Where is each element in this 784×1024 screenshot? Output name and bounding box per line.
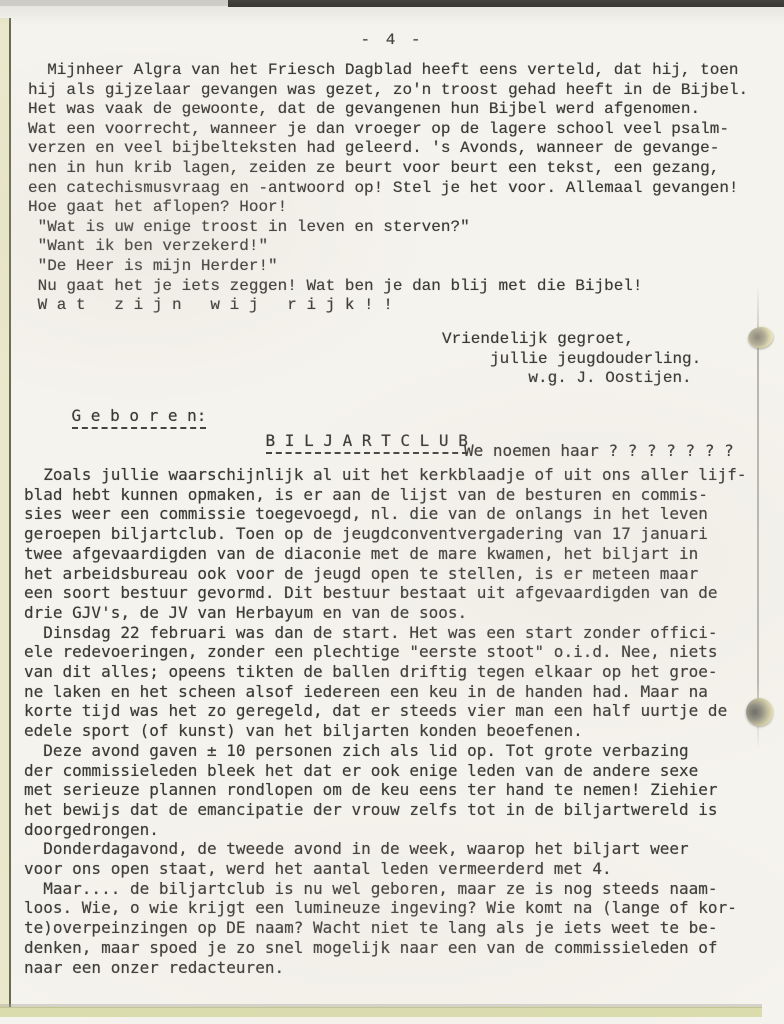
text-line: voor ons open staat, werd het aantal led… [24, 859, 746, 879]
biljartclub-heading: B I L J A R T C L U B [227, 412, 468, 469]
page-edge-shadow-line [9, 18, 11, 1014]
text-line: Zoals jullie waarschijnlijk al uit het k… [24, 465, 746, 485]
text-line: drie GJV's, de JV van Herbayum en van de… [24, 603, 746, 623]
text-line: der commissieleden bleek het dat er ook … [24, 761, 746, 781]
text-line: naar een onzer redacteuren. [24, 958, 746, 978]
text-line: blad hebt kunnen opmaken, is er aan de l… [24, 485, 746, 505]
text-line: Wat een voorrecht, wanneer je dan vroege… [28, 120, 748, 140]
text-line: loos. Wie, o wie krijgt een lumineuze in… [24, 898, 746, 918]
geboren-heading: G e b o r e n: [33, 387, 206, 444]
text-line: korte tijd was het zo geregeld, dat er s… [24, 701, 746, 721]
scan-edge-top-left [0, 0, 232, 6]
text-line: hij als gijzelaar gevangen was gezet, zo… [28, 81, 748, 101]
page-edge-right-line [757, 285, 759, 750]
text-line: Maar.... de biljartclub is nu wel gebore… [24, 879, 746, 899]
text-line: doorgedrongen. [24, 820, 746, 840]
text-line: Mijnheer Algra van het Friesch Dagblad h… [28, 61, 748, 81]
text-line: geroepen biljartclub. Toen op de jeugdco… [24, 524, 746, 544]
text-line: jullie jeugdouderling. [442, 350, 701, 370]
text-line: "De Heer is mijn Herder!" [28, 257, 748, 277]
text-line: denken, maar spoed je zo snel mogelijk n… [24, 938, 746, 958]
underlying-page-edge-bottom [0, 1007, 762, 1017]
body-paragraphs: Zoals jullie waarschijnlijk al uit het k… [24, 465, 746, 977]
closing-signature: Vriendelijk gegroet, jullie jeugdouderli… [442, 330, 701, 389]
text-line: "Want ik ben verzekerd!" [28, 237, 748, 257]
text-line: van dit alles; opeens tikten de ballen d… [24, 662, 746, 682]
text-line: Vriendelijk gegroet, [442, 330, 701, 350]
text-line: Hoe gaat het aflopen? Hoor! [28, 198, 748, 218]
text-line: W a t z i j n w i j r i j k ! ! [28, 296, 748, 316]
text-line: een soort bestuur gevormd. Dit bestuur b… [24, 583, 746, 603]
text-line: edele sport (of kunst) van het biljarten… [24, 721, 746, 741]
text-line: ne laken en het scheen alsof iedereen ee… [24, 682, 746, 702]
text-line: Nu gaat het je iets zeggen! Wat ben je d… [28, 277, 748, 297]
text-line: twee afgevaardigden van de diaconie met … [24, 544, 746, 564]
underlying-page-edge-left [0, 18, 9, 1014]
punch-hole-bottom [746, 698, 773, 726]
intro-paragraphs: Mijnheer Algra van het Friesch Dagblad h… [28, 61, 748, 316]
text-line: nen in hun krib lagen, zeiden ze beurt v… [28, 159, 748, 179]
text-line: het arbeidsbureau ook voor de jeugd open… [24, 564, 746, 584]
geboren-heading-text: G e b o r e n: [72, 406, 207, 429]
text-line: te)overpeinzingen op DE naam? Wacht niet… [24, 918, 746, 938]
text-line: Donderdagavond, de tweede avond in de we… [24, 839, 746, 859]
text-line: Het was vaak de gewoonte, dat de gevange… [28, 100, 748, 120]
text-line: een catechismusvraag en -antwoord op! St… [28, 179, 748, 199]
scan-edge-top-band [228, 0, 784, 7]
text-line: verzen en veel bijbelteksten had geleerd… [28, 139, 748, 159]
biljartclub-heading-text: B I L J A R T C L U B [266, 431, 468, 454]
naming-question: We noemen haar ? ? ? ? ? ? ? [464, 441, 734, 460]
text-line: met serieuze plannen rondlopen om de keu… [24, 780, 746, 800]
text-line: ele redevoeringen, zonder een plechtige … [24, 642, 746, 662]
text-line: sies weer een commissie toegevoegd, nl. … [24, 504, 746, 524]
text-line: het bewijs dat de emancipatie der vrouw … [24, 800, 746, 820]
text-line: "Wat is uw enige troost in leven en ster… [28, 218, 748, 238]
text-line: Dinsdag 22 februari was dan de start. He… [24, 623, 746, 643]
text-line: w.g. J. Oostijen. [442, 369, 701, 389]
scanned-newsletter-page: - 4 - Mijnheer Algra van het Friesch Dag… [0, 0, 784, 1024]
text-line: Deze avond gaven ± 10 personen zich als … [24, 741, 746, 761]
punch-hole-top [746, 325, 775, 351]
page-number: - 4 - [0, 31, 784, 49]
